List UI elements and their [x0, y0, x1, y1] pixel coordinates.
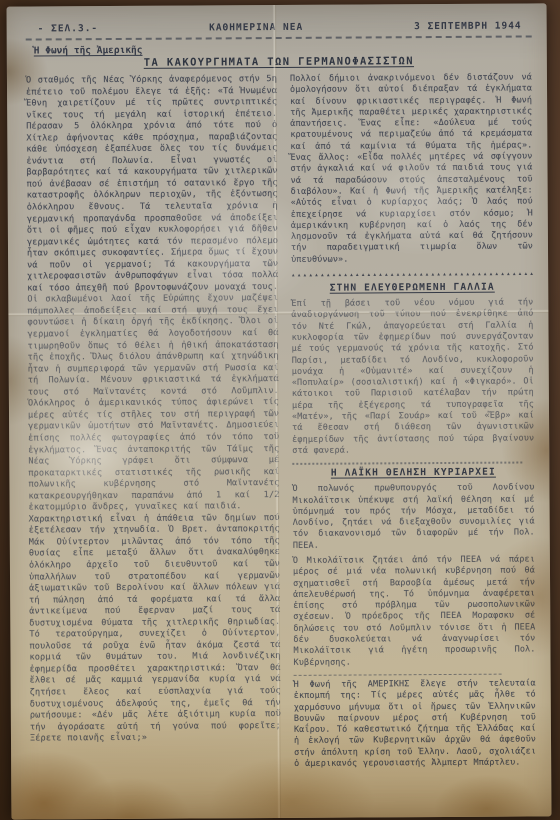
article-paragraph: Πολλοί δήμιοι ἀνακρινόμενοι δέν διστάζου… — [290, 72, 533, 266]
left-column: Ὁ σταθμός τῆς Νέας Ὑόρκης ἀναφερόμενος σ… — [26, 74, 281, 772]
article-paragraph: Ὁ σταθμός τῆς Νέας Ὑόρκης ἀναφερόμενος σ… — [26, 74, 278, 295]
newspaper-page: - ΣΕΛ.3.- ΚΑΘΗΜΕΡΙΝΑ ΝΕΑ 3 ΣΕΠΤΕΜΒΡΗ 194… — [7, 3, 552, 819]
article-paragraph: Οἱ σκλαβωμένοι λαοί τῆς Εὐρώπης ἔχουν μα… — [27, 293, 279, 514]
article-paragraph: Ἐπί τῇ βάσει τοῦ νέου νόμου γιά τήν ἀναδ… — [291, 297, 534, 457]
article-paragraph: Ἡ Φωνή τῆς ΑΜΕΡΙΚΗΣ ἔλεγε στήν τελευταία… — [294, 678, 537, 770]
article-paragraph: Ὁ πολωνός πρωθυπουργός τοῦ Λονδίνου Μικο… — [292, 483, 534, 552]
page-number: - ΣΕΛ.3.- — [38, 23, 99, 34]
article-columns: Ὁ σταθμός τῆς Νέας Ὑόρκης ἀναφερόμενος σ… — [26, 72, 536, 771]
right-column: Πολλοί δήμιοι ἀνακρινόμενοι δέν διστάζου… — [290, 72, 536, 770]
section-title-popular-will: Η ΛΑΪΚΗ ΘΕΛΗΣΗ ΚΥΡΙΑΡΧΕΙ — [292, 467, 534, 479]
article-paragraph: Χαρακτηριστική εἶναι ἡ ἀπάθεια τῶν δημίω… — [29, 513, 281, 745]
dashed-separator — [294, 674, 502, 676]
article-paragraph: Ὁ Μικολάϊτσικ ζητάει ἀπό τήν ΠΕΕΑ νά πάρ… — [293, 554, 536, 668]
section-title-free-france: ΣΤΗΝ ΕΛΕΥΘΕΡΩΜΕΝΗ ΓΑΛΛΙΑ — [291, 281, 533, 293]
masthead: ΚΑΘΗΜΕΡΙΝΑ ΝΕΑ — [209, 22, 303, 34]
page-header: - ΣΕΛ.3.- ΚΑΘΗΜΕΡΙΝΑ ΝΕΑ 3 ΣΕΠΤΕΜΒΡΗ 194… — [26, 16, 532, 40]
main-headline: ΤΑ ΚΑΚΟΥΡΓΗΜΑΤΑ ΤΩΝ ΓΕΡΜΑΝΟΦΑΣΙΣΤΩΝ — [26, 54, 532, 69]
issue-date: 3 ΣΕΠΤΕΜΒΡΗ 1944 — [414, 21, 522, 33]
triangle-separator: ▴▴▴▴▴▴▴▴▴▴▴▴▴▴▴▴▴▴▴▴▴▴▴▴▴▴▴▴▴▴▴▴▴▴▴▴▴▴▴▴… — [291, 268, 533, 279]
dotted-separator — [292, 462, 522, 465]
photo-background: - ΣΕΛ.3.- ΚΑΘΗΜΕΡΙΝΑ ΝΕΑ 3 ΣΕΠΤΕΜΒΡΗ 194… — [0, 0, 560, 820]
page-content: - ΣΕΛ.3.- ΚΑΘΗΜΕΡΙΝΑ ΝΕΑ 3 ΣΕΠΤΕΜΒΡΗ 194… — [7, 3, 552, 819]
kicker-voice-of-america: Ἡ Φωνή τῆς Ἀμερικῆς — [34, 45, 143, 57]
